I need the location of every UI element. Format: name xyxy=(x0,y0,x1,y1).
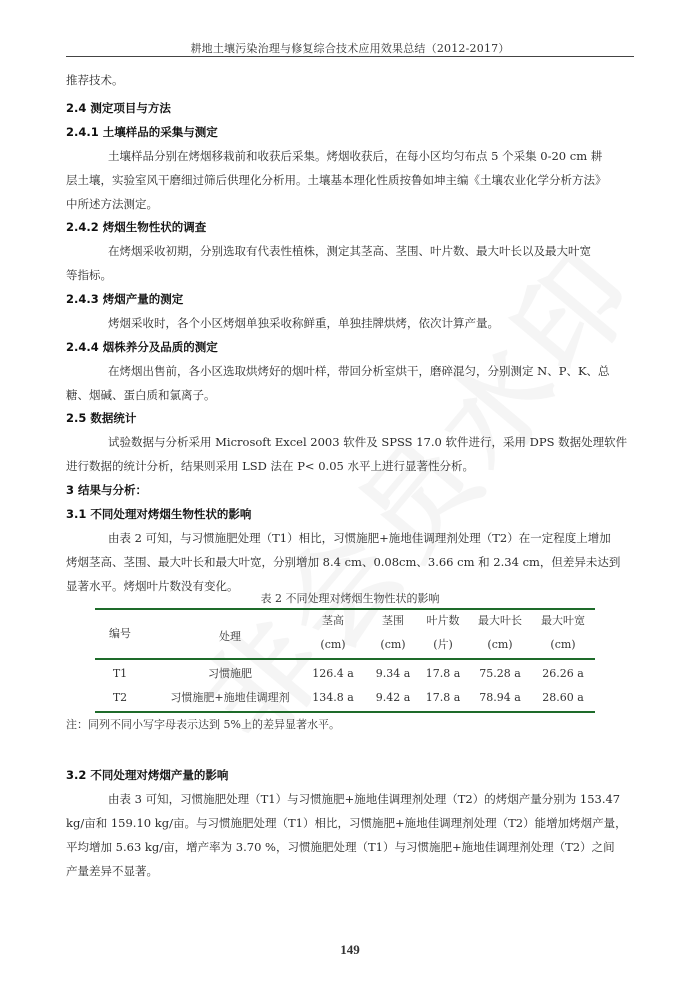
cell-treatment: 习惯施肥 xyxy=(150,667,310,681)
header-divider xyxy=(66,56,634,57)
cell-max-leaf-length: 78.94 a xyxy=(470,691,530,705)
table-note: 注：同列不同小写字母表示达到 5%上的差异显著水平。 xyxy=(66,716,340,732)
section-heading-2-4-2: 2.4.2 烤烟生物性状的调查 xyxy=(66,219,634,235)
table-caption: 表 2 不同处理对烤烟生物性状的影响 xyxy=(90,590,610,606)
section-heading-2-4: 2.4 测定项目与方法 xyxy=(66,100,634,116)
paragraph-line: 烤烟采收时，各个小区烤烟单独采收称鲜重，单独挂牌烘烤，依次计算产量。 xyxy=(108,315,634,331)
header-max-leaf-width-unit: (cm) xyxy=(533,638,593,652)
section-heading-2-4-3: 2.4.3 烤烟产量的测定 xyxy=(66,291,634,307)
paragraph-line: kg/亩和 159.10 kg/亩。与习惯施肥处理（T1）相比，习惯施肥+施地佳… xyxy=(66,815,634,831)
running-header: 耕地土壤污染治理与修复综合技术应用效果总结（2012-2017） xyxy=(66,40,634,56)
header-treatment: 处理 xyxy=(175,630,285,644)
header-max-leaf-width: 最大叶宽 xyxy=(533,614,593,628)
cell-stem-girth: 9.34 a xyxy=(368,667,418,681)
header-stem-height: 茎高 xyxy=(300,614,366,628)
header-stem-girth: 茎围 xyxy=(368,614,418,628)
cell-stem-height: 126.4 a xyxy=(300,667,366,681)
header-stem-height-unit: (cm) xyxy=(300,638,366,652)
header-leaf-count: 叶片数 xyxy=(418,614,468,628)
paragraph-line: 糖、烟碱、蛋白质和氯离子。 xyxy=(66,387,634,403)
table-bottom-rule xyxy=(95,711,595,713)
cell-max-leaf-width: 26.26 a xyxy=(533,667,593,681)
table-top-rule xyxy=(95,608,595,610)
header-leaf-count-unit: (片) xyxy=(418,638,468,652)
paragraph-line: 等指标。 xyxy=(66,267,634,283)
cell-treatment: 习惯施肥+施地佳调理剂 xyxy=(150,691,310,705)
document-page: 非会员水印 耕地土壤污染治理与修复综合技术应用效果总结（2012-2017） 推… xyxy=(0,0,700,990)
paragraph-line: 进行数据的统计分析，结果则采用 LSD 法在 P< 0.05 水平上进行显著性分… xyxy=(66,458,634,474)
paragraph-line: 中所述方法测定。 xyxy=(66,196,634,212)
cell-max-leaf-width: 28.60 a xyxy=(533,691,593,705)
cell-id: T2 xyxy=(100,691,140,705)
cell-max-leaf-length: 75.28 a xyxy=(470,667,530,681)
section-heading-3-2: 3.2 不同处理对烤烟产量的影响 xyxy=(66,767,634,783)
section-heading-2-4-4: 2.4.4 烟株养分及品质的测定 xyxy=(66,339,634,355)
header-max-leaf-length-unit: (cm) xyxy=(470,638,530,652)
paragraph-line: 由表 3 可知，习惯施肥处理（T1）与习惯施肥+施地佳调理剂处理（T2）的烤烟产… xyxy=(108,791,634,807)
paragraph-line: 在烤烟出售前，各小区选取烘烤好的烟叶样，带回分析室烘干，磨碎混匀，分别测定 N、… xyxy=(108,363,634,379)
section-heading-3-1: 3.1 不同处理对烤烟生物性状的影响 xyxy=(66,506,634,522)
cell-leaf-count: 17.8 a xyxy=(418,667,468,681)
section-heading-2-5: 2.5 数据统计 xyxy=(66,410,634,426)
cell-leaf-count: 17.8 a xyxy=(418,691,468,705)
cell-stem-height: 134.8 a xyxy=(300,691,366,705)
table-header-rule xyxy=(95,658,595,660)
paragraph-line: 层土壤，实验室风干磨细过筛后供理化分析用。土壤基本理化性质按鲁如坤主编《土壤农业… xyxy=(66,172,634,188)
header-id: 编号 xyxy=(100,627,140,641)
paragraph-line: 由表 2 可知，与习惯施肥处理（T1）相比，习惯施肥+施地佳调理剂处理（T2）在… xyxy=(108,530,634,546)
paragraph-line: 在烤烟采收初期，分别选取有代表性植株，测定其茎高、茎围、叶片数、最大叶长以及最大… xyxy=(108,243,634,259)
paragraph-line: 土壤样品分别在烤烟移栽前和收获后采集。烤烟收获后，在每小区均匀布点 5 个采集 … xyxy=(108,148,634,164)
paragraph-line: 推荐技术。 xyxy=(66,72,634,88)
section-heading-2-4-1: 2.4.1 土壤样品的采集与测定 xyxy=(66,124,634,140)
page-number: 149 xyxy=(0,942,700,958)
section-heading-3: 3 结果与分析： xyxy=(66,482,634,498)
paragraph-line: 产量差异不显著。 xyxy=(66,863,634,879)
cell-stem-girth: 9.42 a xyxy=(368,691,418,705)
paragraph-line: 试验数据与分析采用 Microsoft Excel 2003 软件及 SPSS … xyxy=(108,434,634,450)
paragraph-line: 平均增加 5.63 kg/亩，增产率为 3.70 %，习惯施肥处理（T1）与习惯… xyxy=(66,839,634,855)
header-stem-girth-unit: (cm) xyxy=(368,638,418,652)
header-max-leaf-length: 最大叶长 xyxy=(470,614,530,628)
cell-id: T1 xyxy=(100,667,140,681)
paragraph-line: 烤烟茎高、茎围、最大叶长和最大叶宽，分别增加 8.4 cm、0.08cm、3.6… xyxy=(66,554,634,570)
